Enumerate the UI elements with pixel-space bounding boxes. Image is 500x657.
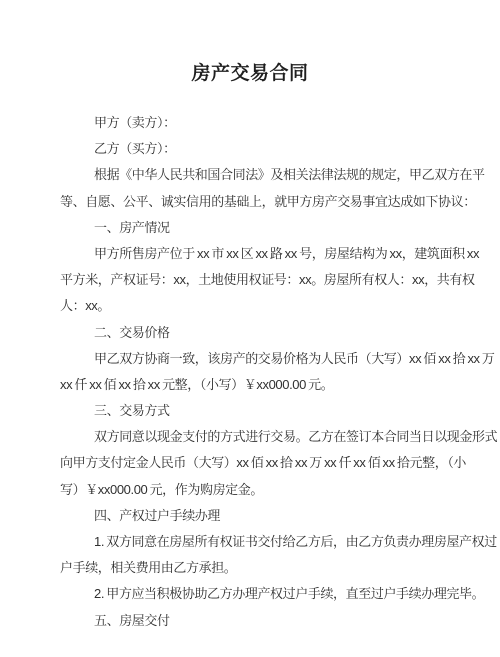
section-3-heading: 三、交易方式 [60, 398, 448, 424]
contract-body: 甲方（卖方）： 乙方（买方）： 根据《中华人民共和国合同法》及相关法律法规的规定… [60, 110, 448, 634]
section-4-heading: 四、产权过户手续办理 [60, 503, 448, 529]
contract-title: 房产交易合同 [0, 61, 500, 87]
section-1-line-3: 人：xx。 [60, 293, 448, 319]
section-3-line-1: 双方同意以现金支付的方式进行交易。乙方在签订本合同当日以现金形式 [60, 424, 448, 450]
section-1-line-2: 平方米，产权证号：xx，土地使用权证号：xx。房屋所有权人：xx，共有权 [60, 267, 448, 293]
section-3-line-2: 向甲方支付定金人民币（大写）xx 佰 xx 拾 xx 万 xx 仟 xx 佰 x… [60, 450, 448, 476]
section-2-line-2: xx 仟 xx 佰 xx 拾 xx 元整，（小写）￥xx000.00 元。 [60, 372, 448, 398]
preamble-line-2: 等、自愿、公平、诚实信用的基础上，就甲方房产交易事宜达成如下协议： [60, 189, 448, 215]
party-a-line: 甲方（卖方）： [60, 110, 448, 136]
section-4-item-2: 2. 甲方应当积极协助乙方办理产权过户手续，直至过户手续办理完毕。 [60, 581, 448, 607]
contract-page: 房产交易合同 甲方（卖方）： 乙方（买方）： 根据《中华人民共和国合同法》及相关… [0, 0, 500, 657]
section-2-heading: 二、交易价格 [60, 320, 448, 346]
section-1-line-1: 甲方所售房产位于 xx 市 xx 区 xx 路 xx 号，房屋结构为 xx，建筑… [60, 241, 448, 267]
section-5-heading: 五、房屋交付 [60, 608, 448, 634]
section-1-heading: 一、房产情况 [60, 215, 448, 241]
section-4-item-1-line-1: 1. 双方同意在房屋所有权证书交付给乙方后，由乙方负责办理房屋产权过 [60, 529, 448, 555]
section-4-item-1-line-2: 户手续，相关费用由乙方承担。 [60, 555, 448, 581]
section-2-line-1: 甲乙双方协商一致，该房产的交易价格为人民币（大写）xx 佰 xx 拾 xx 万 [60, 346, 448, 372]
section-3-line-3: 写）￥xx000.00 元，作为购房定金。 [60, 477, 448, 503]
preamble-line-1: 根据《中华人民共和国合同法》及相关法律法规的规定，甲乙双方在平 [60, 162, 448, 188]
party-b-line: 乙方（买方）： [60, 136, 448, 162]
